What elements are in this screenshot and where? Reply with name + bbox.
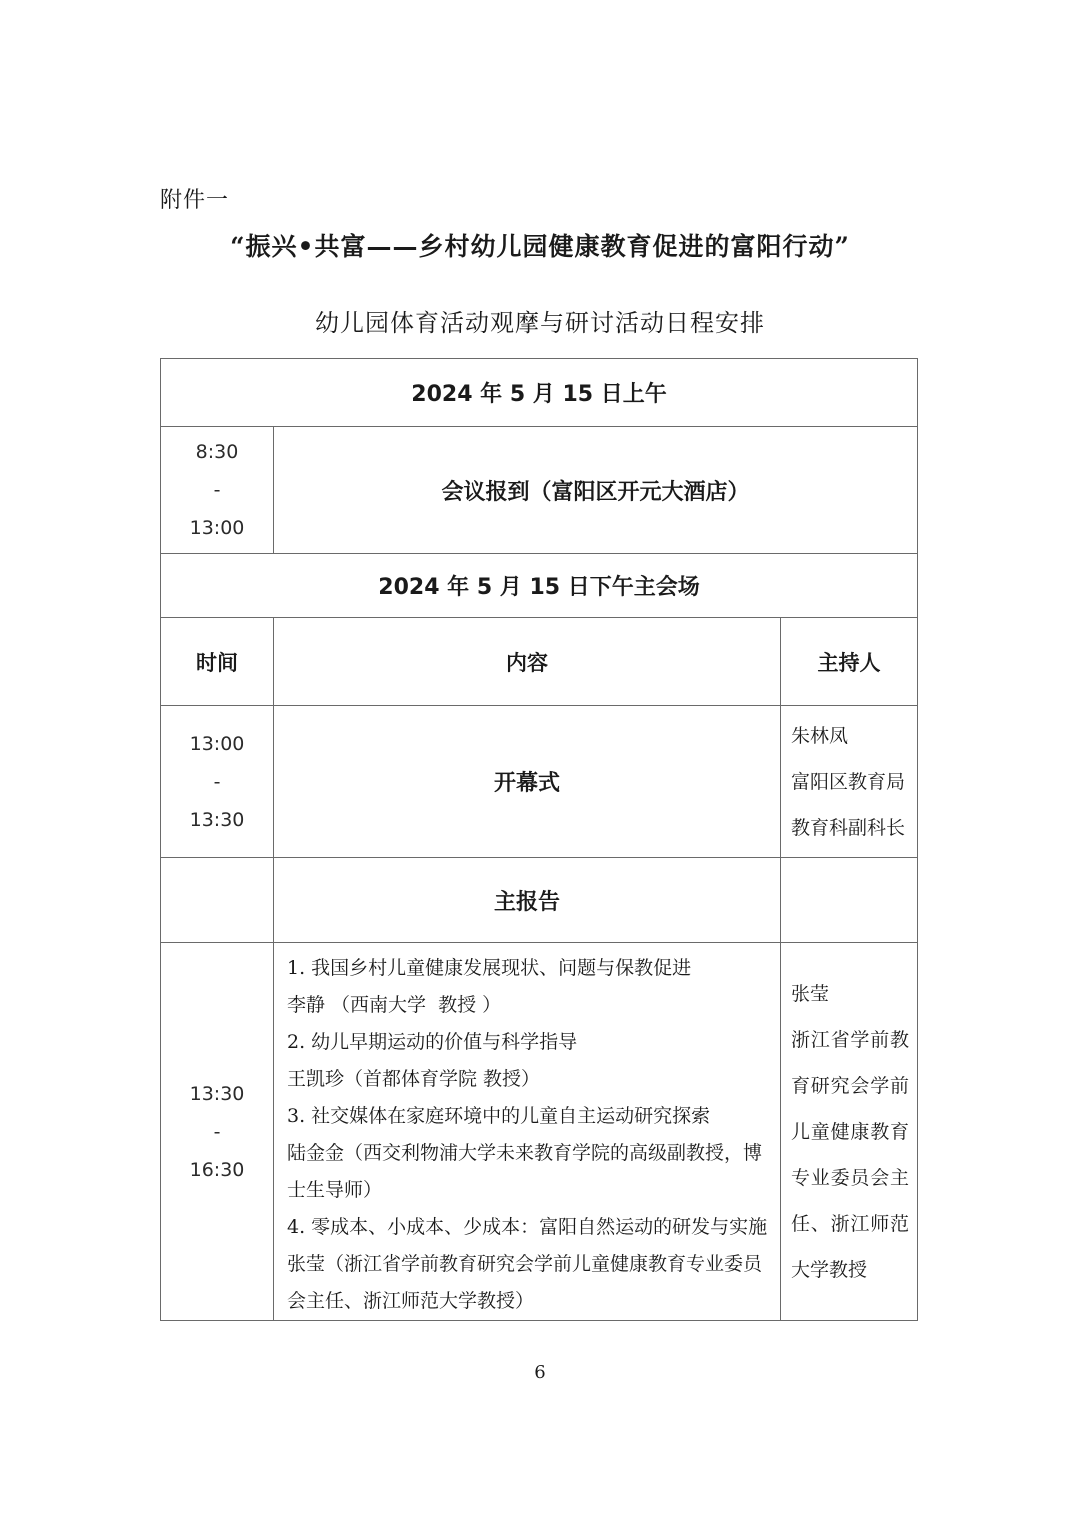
host-affiliation: 富阳区教育局 [791, 759, 909, 805]
host-name: 朱林凤 [791, 713, 909, 759]
time-start: 13:30 [161, 1075, 273, 1113]
table-row-registration: 8:30 - 13:00 会议报到（富阳区开元大酒店） [161, 427, 918, 554]
document-subtitle: 幼儿园体育活动观摩与研讨活动日程安排 [0, 303, 1080, 338]
keynote-content-cell: 1. 我国乡村儿童健康发展现状、问题与保教促进 李静 （西南大学 教授 ） 2.… [274, 943, 781, 1321]
keynote-section-title-cell: 主报告 [274, 858, 781, 943]
session2-header-cell: 2024 年 5 月 15 日下午主会场 [161, 554, 918, 618]
column-header-host: 主持人 [781, 618, 918, 706]
host-title: 浙江省学前教育研究会学前儿童健康教育专业委员会主任、浙江师范大学教授 [791, 1017, 909, 1293]
keynote-speaker-4: 张莹（浙江省学前教育研究会学前儿童健康教育专业委员会主任、浙江师范大学教授） [287, 1246, 774, 1320]
keynote-header-host-cell [781, 858, 918, 943]
column-header-content: 内容 [274, 618, 781, 706]
keynote-item-3: 3. 社交媒体在家庭环境中的儿童自主运动研究探索 [287, 1098, 774, 1135]
attachment-label: 附件一 [160, 183, 229, 214]
keynote-speaker-2: 王凯珍（首都体育学院 教授） [287, 1061, 774, 1098]
keynote-header-time-cell [161, 858, 274, 943]
keynote-item-4: 4. 零成本、小成本、少成本：富阳自然运动的研发与实施 [287, 1209, 774, 1246]
table-row-keynote-header: 主报告 [161, 858, 918, 943]
keynote-speaker-1: 李静 （西南大学 教授 ） [287, 987, 774, 1024]
time-start: 13:00 [161, 725, 273, 763]
keynote-speaker-3: 陆金金（西交利物浦大学未来教育学院的高级副教授，博士生导师） [287, 1135, 774, 1209]
time-end: 13:00 [161, 509, 273, 547]
time-dash: - [161, 1113, 273, 1151]
table-row-session2: 2024 年 5 月 15 日下午主会场 [161, 554, 918, 618]
time-end: 13:30 [161, 801, 273, 839]
table-row-opening: 13:00 - 13:30 开幕式 朱林凤 富阳区教育局 教育科副科长 [161, 706, 918, 858]
host-title: 教育科副科长 [791, 805, 909, 851]
table-row-session1: 2024 年 5 月 15 日上午 [161, 359, 918, 427]
table-row-keynote: 13:30 - 16:30 1. 我国乡村儿童健康发展现状、问题与保教促进 李静… [161, 943, 918, 1321]
keynote-time-cell: 13:30 - 16:30 [161, 943, 274, 1321]
time-dash: - [161, 471, 273, 509]
keynote-item-1: 1. 我国乡村儿童健康发展现状、问题与保教促进 [287, 950, 774, 987]
registration-time-cell: 8:30 - 13:00 [161, 427, 274, 554]
column-header-time: 时间 [161, 618, 274, 706]
opening-time-cell: 13:00 - 13:30 [161, 706, 274, 858]
keynote-item-2: 2. 幼儿早期运动的价值与科学指导 [287, 1024, 774, 1061]
time-start: 8:30 [161, 433, 273, 471]
opening-host-cell: 朱林凤 富阳区教育局 教育科副科长 [781, 706, 918, 858]
registration-content-cell: 会议报到（富阳区开元大酒店） [274, 427, 918, 554]
keynote-host-cell: 张莹 浙江省学前教育研究会学前儿童健康教育专业委员会主任、浙江师范大学教授 [781, 943, 918, 1321]
host-name: 张莹 [791, 971, 909, 1017]
document-page: 附件一 “振兴•共富——乡村幼儿园健康教育促进的富阳行动” 幼儿园体育活动观摩与… [0, 0, 1080, 1527]
time-dash: - [161, 763, 273, 801]
table-row-column-headers: 时间 内容 主持人 [161, 618, 918, 706]
agenda-table: 2024 年 5 月 15 日上午 8:30 - 13:00 会议报到（富阳区开… [160, 358, 918, 1321]
time-end: 16:30 [161, 1151, 273, 1189]
document-title: “振兴•共富——乡村幼儿园健康教育促进的富阳行动” [0, 227, 1080, 263]
page-number: 6 [0, 1362, 1080, 1383]
opening-content-cell: 开幕式 [274, 706, 781, 858]
session1-header-cell: 2024 年 5 月 15 日上午 [161, 359, 918, 427]
